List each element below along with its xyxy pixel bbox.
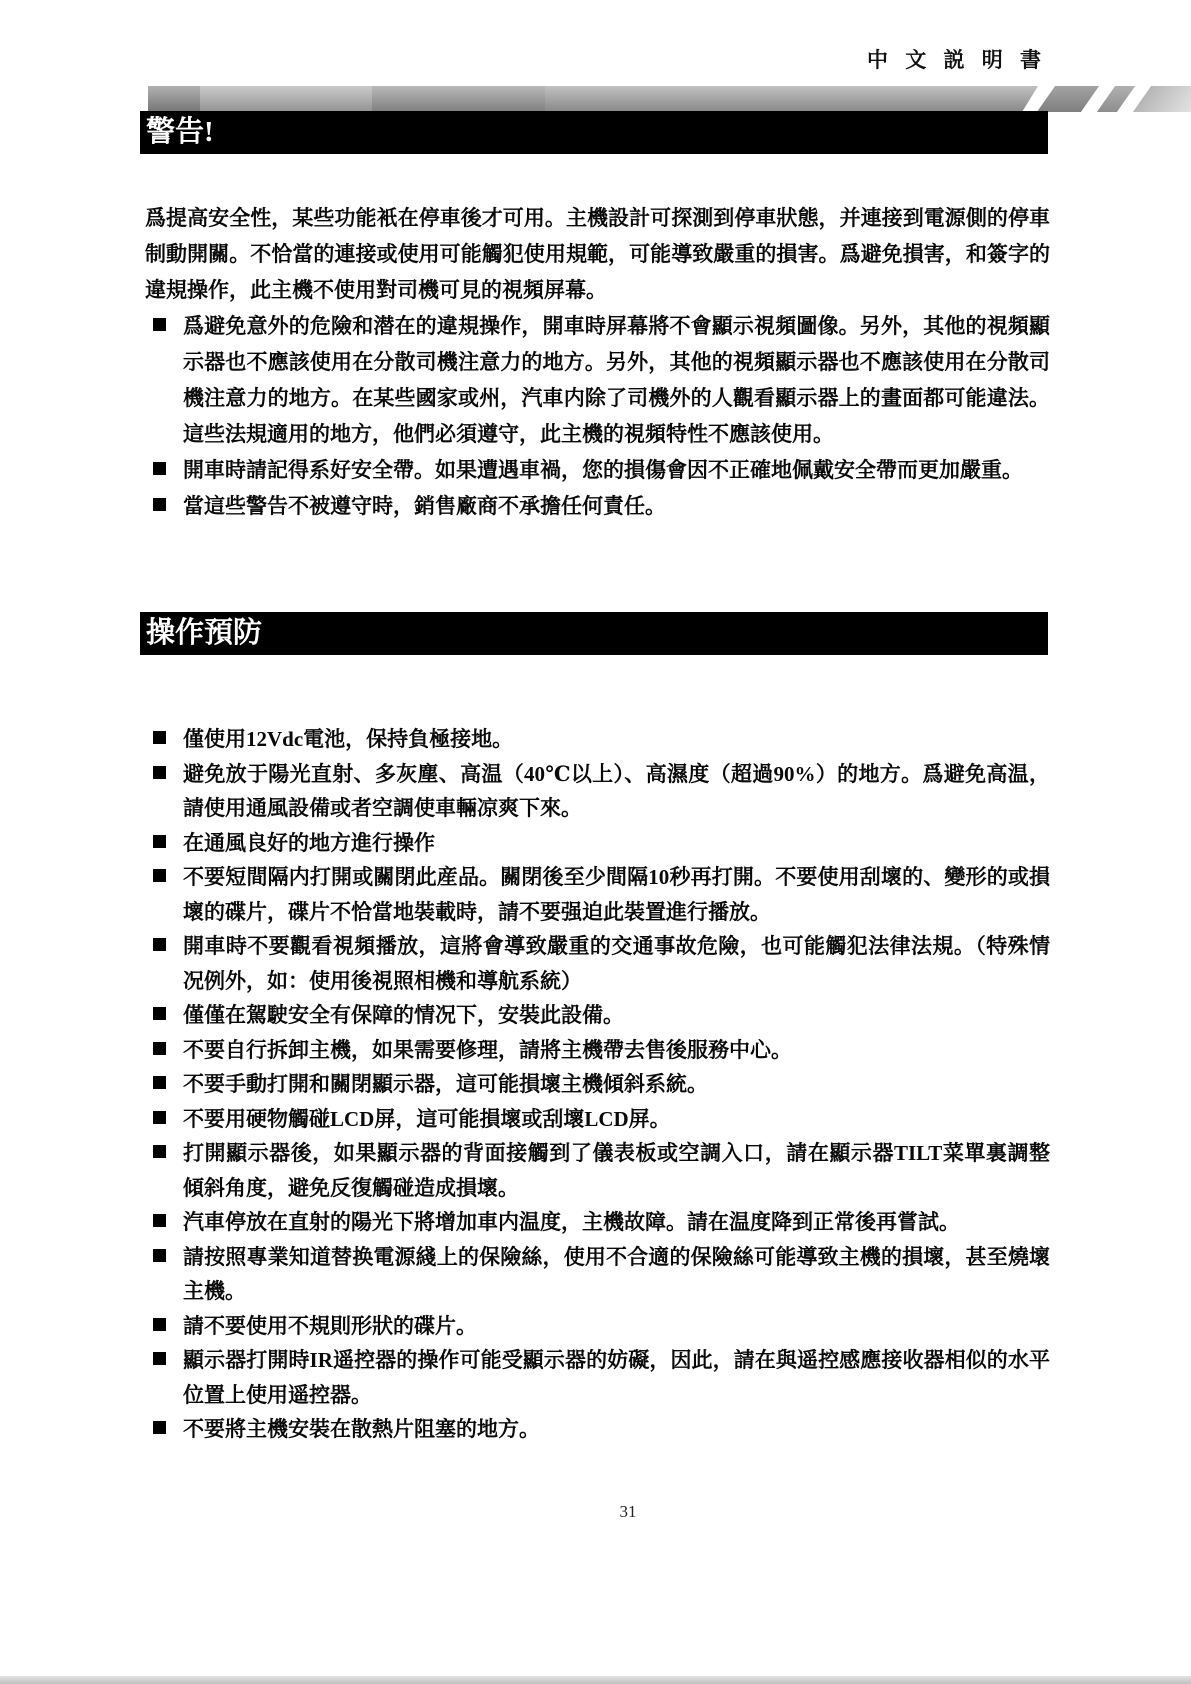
list-item-text: 在通風良好的地方進行操作 — [183, 831, 435, 855]
list-item-text: 不要將主機安裝在散熱片阻塞的地方。 — [183, 1417, 540, 1441]
list-item-text: 僅使用12Vdc電池，保持負極接地。 — [183, 727, 513, 751]
bullet-square-icon — [153, 1318, 166, 1331]
page-header-title: 中 文 説 明 書 — [867, 44, 1047, 74]
list-item-text: 開車時請記得系好安全帶。如果遭遇車禍，您的損傷會因不正確地佩戴安全帶而更加嚴重。 — [183, 458, 1023, 482]
list-item-text: 避免放于陽光直射、多灰塵、高温（40℃以上）、高濕度（超過90%）的地方。爲避免… — [183, 762, 1050, 821]
list-item-text: 僅僅在駕駛安全有保障的情况下，安裝此設備。 — [183, 1003, 624, 1027]
list-item: 開車時不要觀看視頻播放，這將會導致嚴重的交通事故危險，也可能觸犯法律法規。（特殊… — [145, 929, 1050, 998]
deco-stripe-2 — [1097, 86, 1135, 112]
list-item-text: 不要手動打開和關閉顯示器，這可能損壞主機傾斜系統。 — [183, 1072, 708, 1096]
list-item: 在通風良好的地方進行操作 — [145, 826, 1050, 861]
list-item: 顯示器打開時IR遥控器的操作可能受顯示器的妨礙，因此，請在與遥控感應接收器相似的… — [145, 1343, 1050, 1412]
list-item-text: 爲避免意外的危險和潜在的違規操作，開車時屏幕將不會顯示視頻圖像。另外，其他的視頻… — [183, 314, 1050, 446]
bullet-square-icon — [153, 1214, 166, 1227]
list-item: 爲避免意外的危險和潜在的違規操作，開車時屏幕將不會顯示視頻圖像。另外，其他的視頻… — [145, 308, 1050, 452]
bullet-square-icon — [153, 462, 166, 475]
list-item: 避免放于陽光直射、多灰塵、高温（40℃以上）、高濕度（超過90%）的地方。爲避免… — [145, 757, 1050, 826]
warning-intro-paragraph: 爲提高安全性，某些功能衹在停車後才可用。主機設計可探測到停車狀態，并連接到電源側… — [145, 200, 1050, 308]
bullet-square-icon — [153, 766, 166, 779]
list-item-text: 當這些警告不被遵守時，銷售廠商不承擔任何責任。 — [183, 494, 666, 518]
bullet-square-icon — [153, 1352, 166, 1365]
bottom-page-edge — [0, 1676, 1191, 1684]
list-item-text: 汽車停放在直射的陽光下將增加車内温度，主機故障。請在温度降到正常後再嘗試。 — [183, 1210, 960, 1234]
list-item: 打開顯示器後，如果顯示器的背面接觸到了儀表板或空調入口，請在顯示器TILT菜單裏… — [145, 1136, 1050, 1205]
list-item-text: 打開顯示器後，如果顯示器的背面接觸到了儀表板或空調入口，請在顯示器TILT菜單裏… — [183, 1141, 1050, 1200]
list-item: 當這些警告不被遵守時，銷售廠商不承擔任何責任。 — [145, 488, 1050, 524]
bullet-square-icon — [153, 1042, 166, 1055]
list-item: 僅僅在駕駛安全有保障的情况下，安裝此設備。 — [145, 998, 1050, 1033]
list-item: 不要用硬物觸碰LCD屏，這可能損壞或刮壞LCD屏。 — [145, 1102, 1050, 1137]
list-item-text: 不要自行拆卸主機，如果需要修理，請將主機帶去售後服務中心。 — [183, 1038, 792, 1062]
list-item: 不要手動打開和關閉顯示器，這可能損壞主機傾斜系統。 — [145, 1067, 1050, 1102]
bullet-square-icon — [153, 1145, 166, 1158]
deco-stripe-3 — [1133, 86, 1191, 112]
bullet-square-icon — [153, 731, 166, 744]
list-item: 請不要使用不規則形狀的碟片。 — [145, 1309, 1050, 1344]
bullet-square-icon — [153, 1249, 166, 1262]
precaution-bullet-list: 僅使用12Vdc電池，保持負極接地。避免放于陽光直射、多灰塵、高温（40℃以上）… — [145, 722, 1050, 1447]
header-decorative-bar — [148, 86, 1148, 112]
bullet-square-icon — [153, 1076, 166, 1089]
precaution-banner-label: 操作預防 — [140, 619, 262, 648]
bullet-square-icon — [153, 498, 166, 511]
bullet-square-icon — [153, 1421, 166, 1434]
warning-banner: 警告! — [140, 111, 1048, 154]
list-item: 不要將主機安裝在散熱片阻塞的地方。 — [145, 1412, 1050, 1447]
list-item: 開車時請記得系好安全帶。如果遭遇車禍，您的損傷會因不正確地佩戴安全帶而更加嚴重。 — [145, 452, 1050, 488]
precaution-section: 僅使用12Vdc電池，保持負極接地。避免放于陽光直射、多灰塵、高温（40℃以上）… — [145, 722, 1050, 1447]
list-item-text: 開車時不要觀看視頻播放，這將會導致嚴重的交通事故危險，也可能觸犯法律法規。（特殊… — [183, 934, 1050, 993]
deco-stripe-1 — [1037, 86, 1099, 112]
precaution-banner: 操作預防 — [140, 612, 1048, 655]
list-item: 僅使用12Vdc電池，保持負極接地。 — [145, 722, 1050, 757]
list-item-text: 請不要使用不規則形狀的碟片。 — [183, 1314, 477, 1338]
list-item-text: 顯示器打開時IR遥控器的操作可能受顯示器的妨礙，因此，請在與遥控感應接收器相似的… — [183, 1348, 1050, 1407]
list-item-text: 不要短間隔内打開或關閉此産品。關閉後至少間隔10秒再打開。不要使用刮壞的、變形的… — [183, 865, 1050, 924]
list-item: 不要短間隔内打開或關閉此産品。關閉後至少間隔10秒再打開。不要使用刮壞的、變形的… — [145, 860, 1050, 929]
warning-banner-label: 警告! — [140, 118, 214, 147]
bullet-square-icon — [153, 835, 166, 848]
list-item-text: 請按照專業知道替换電源綫上的保險絲，使用不合適的保險絲可能導致主機的損壞，甚至燒… — [183, 1245, 1050, 1304]
manual-page: 中 文 説 明 書 警告! 爲提高安全性，某些功能衹在停車後才可用。主機設計可探… — [0, 0, 1191, 1684]
warning-section: 爲提高安全性，某些功能衹在停車後才可用。主機設計可探測到停車狀態，并連接到電源側… — [145, 200, 1050, 524]
bullet-square-icon — [153, 1111, 166, 1124]
warning-bullet-list: 爲避免意外的危險和潜在的違規操作，開車時屏幕將不會顯示視頻圖像。另外，其他的視頻… — [145, 308, 1050, 524]
page-number: 31 — [588, 1502, 668, 1522]
bullet-square-icon — [153, 869, 166, 882]
list-item: 汽車停放在直射的陽光下將增加車内温度，主機故障。請在温度降到正常後再嘗試。 — [145, 1205, 1050, 1240]
bullet-square-icon — [153, 938, 166, 951]
deco-bar-main — [148, 86, 1038, 112]
list-item: 請按照專業知道替换電源綫上的保險絲，使用不合適的保險絲可能導致主機的損壞，甚至燒… — [145, 1240, 1050, 1309]
list-item: 不要自行拆卸主機，如果需要修理，請將主機帶去售後服務中心。 — [145, 1033, 1050, 1068]
bullet-square-icon — [153, 1007, 166, 1020]
list-item-text: 不要用硬物觸碰LCD屏，這可能損壞或刮壞LCD屏。 — [183, 1107, 671, 1131]
bullet-square-icon — [153, 318, 166, 331]
